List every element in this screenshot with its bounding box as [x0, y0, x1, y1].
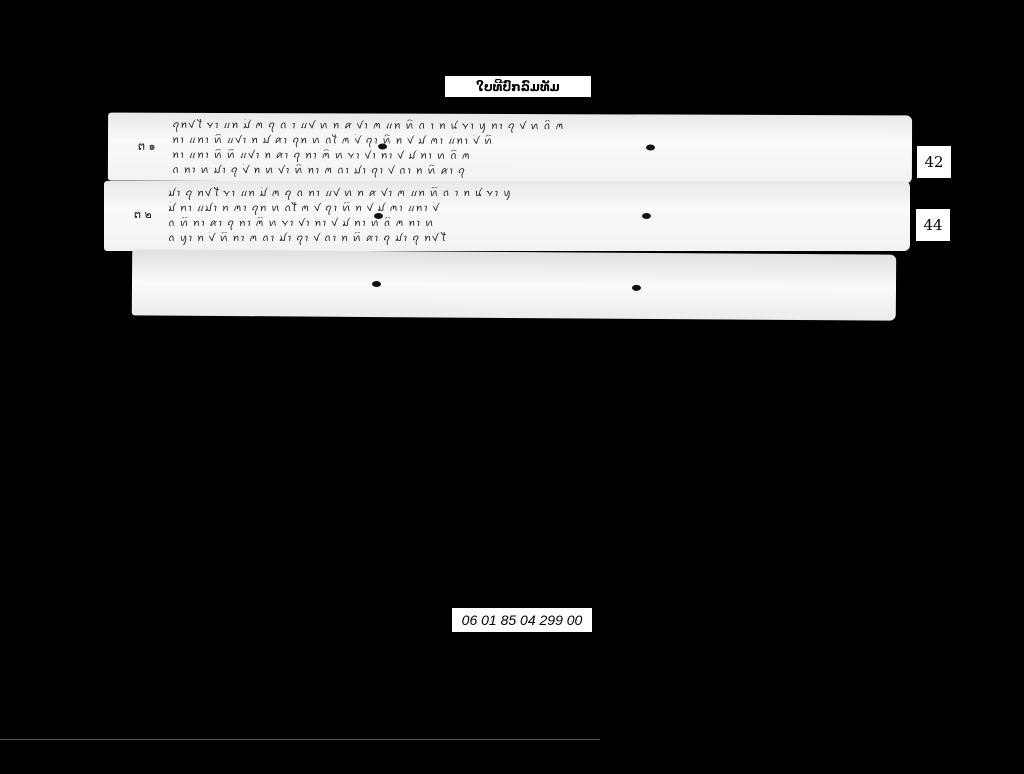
page-number-label: 44: [916, 209, 950, 241]
text-line: ꪒ ꪗꪱ ꪀ ꪚꪲ ꪕꪲ ꪀꪱ ꪔ ꪒꪱ ꪣꪱ ꪖꪱ ꪚ ꪒꪱ ꪀ ꪕꪲ ꪁꪱ …: [168, 232, 880, 245]
palm-leaf-blank: [132, 249, 896, 320]
page-number-label: 42: [917, 146, 951, 178]
binding-hole: [378, 144, 387, 150]
text-line: ꪒ ꪕꪲ ꪀꪱ ꪁꪱ ꪖ ꪀꪱ ꪔꪲ ꪕ ꪩꪱ ꪚꪱ ꪀꪱ ꪚ ꪣ ꪀꪱ ꪕ ꪒ…: [168, 217, 880, 230]
binding-hole: [646, 144, 655, 150]
archive-id-label: 06 01 85 04 299 00: [452, 608, 592, 632]
scan-artifact-line: [0, 739, 600, 740]
leaf-text: ꪣꪱ ꪖ ꪀꪚꪻ ꪩꪱ ꪵꪀ ꪣꪲ ꪔ ꪖ ꪒ ꪀꪱ ꪵꪚ ꪕ ꪀ ꪁ ꪚꪱ ꪔ…: [168, 187, 880, 247]
text-line: ꪣꪲ ꪀꪱ ꪵꪣꪱ ꪀ ꪔꪱ ꪖꪀ ꪕ ꪒꪻ ꪔ ꪚꪲ ꪖꪱ ꪕꪲ ꪀ ꪚ ꪣ …: [168, 202, 880, 215]
binding-hole: [374, 213, 383, 219]
text-line: ꪒ ꪀꪱ ꪕ ꪣꪱ ꪖ ꪚꪲ ꪀ ꪕ ꪚꪱ ꪕꪲ ꪀꪱ ꪔ ꪒꪱ ꪣꪱ ꪖꪱ ꪚ…: [172, 164, 882, 179]
palm-leaf-1: ຕ ๑ ꪖꪀꪚꪻ ꪩꪱ ꪵꪀ ꪣꪲ ꪔ ꪖ ꪒ ꪱ ꪵꪚ ꪕ ꪀ ꪁ ꪚꪱ ꪔ …: [108, 113, 912, 184]
binding-hole: [642, 213, 651, 219]
leaf-marker: ຕ ๑: [138, 137, 156, 155]
leaf-marker: ຕ ๒: [134, 205, 152, 223]
binding-hole: [632, 285, 641, 291]
leaf-text: ꪖꪀꪚꪻ ꪩꪱ ꪵꪀ ꪣꪲ ꪔ ꪖ ꪒ ꪱ ꪵꪚ ꪕ ꪀ ꪁ ꪚꪱ ꪔ ꪵꪀ ꪕ…: [172, 119, 882, 181]
manuscript-title-label: ໃບທີປົກລົມທັມ: [445, 76, 591, 97]
text-line: ꪖꪀꪚꪻ ꪩꪱ ꪵꪀ ꪣꪲ ꪔ ꪖ ꪒ ꪱ ꪵꪚ ꪕ ꪀ ꪁ ꪚꪱ ꪔ ꪵꪀ ꪕ…: [172, 119, 882, 134]
palm-leaf-2: ຕ ๒ ꪣꪱ ꪖ ꪀꪚꪻ ꪩꪱ ꪵꪀ ꪣꪲ ꪔ ꪖ ꪒ ꪀꪱ ꪵꪚ ꪕ ꪀ ꪁ …: [104, 181, 910, 251]
text-line: ꪣꪱ ꪖ ꪀꪚꪻ ꪩꪱ ꪵꪀ ꪣꪲ ꪔ ꪖ ꪒ ꪀꪱ ꪵꪚ ꪕ ꪀ ꪁ ꪚꪱ ꪔ…: [168, 187, 880, 200]
binding-hole: [372, 281, 381, 287]
text-line: ꪀꪱ ꪵꪀꪱ ꪕꪲ ꪕꪲ ꪵꪚꪱ ꪀ ꪁꪱ ꪖ ꪀꪱ ꪔꪲ ꪕ ꪩꪱ ꪚꪱ ꪀꪱ…: [172, 149, 882, 164]
text-line: ꪀꪱ ꪵꪀꪱ ꪕꪲ ꪵꪚꪱ ꪀ ꪣ ꪁꪱ ꪖꪀ ꪕ ꪒꪻ ꪔ ꪚꪲ ꪖꪱ ꪕꪲ …: [172, 134, 882, 149]
